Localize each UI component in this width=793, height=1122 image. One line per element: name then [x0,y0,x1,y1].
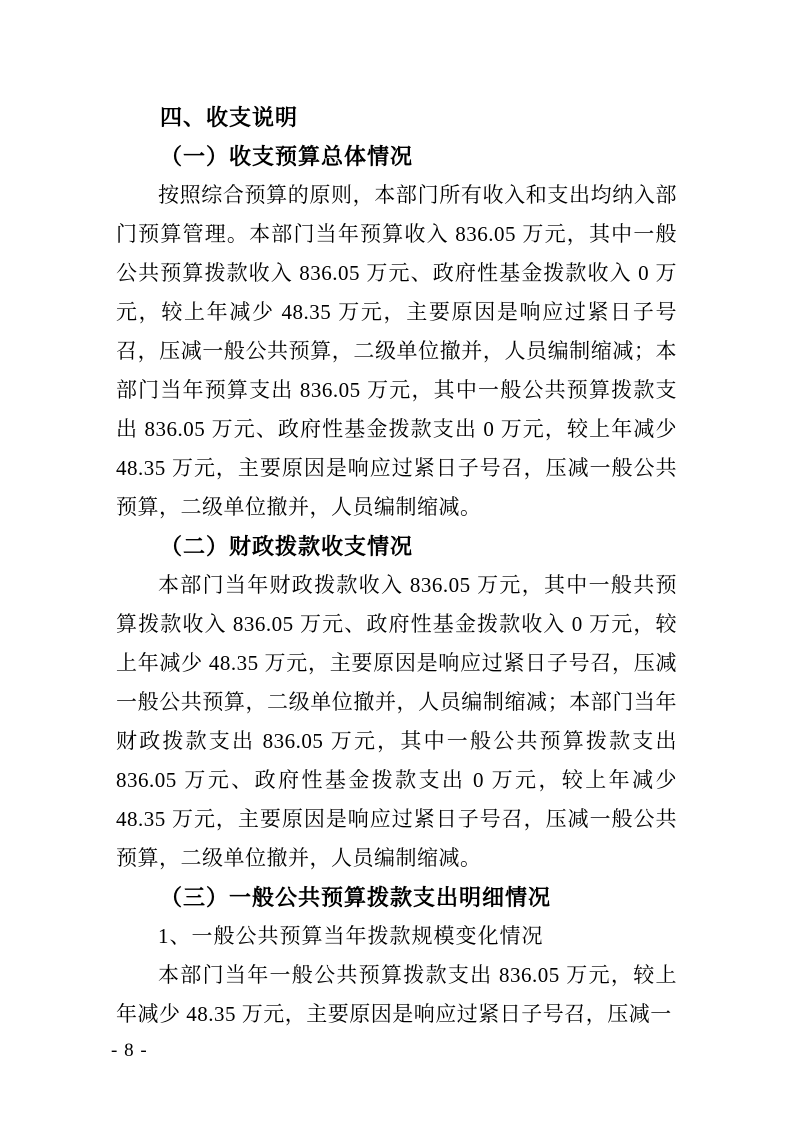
section-3-heading: （三）一般公共预算拨款支出明细情况 [116,878,677,917]
page-number: - 8 - [111,1040,148,1062]
section-1-paragraph: 按照综合预算的原则，本部门所有收入和支出均纳入部门预算管理。本部门当年预算收入 … [116,176,677,527]
main-heading: 四、收支说明 [116,98,677,137]
document-content: 四、收支说明 （一）收支预算总体情况 按照综合预算的原则，本部门所有收入和支出均… [116,98,677,1034]
section-2-paragraph: 本部门当年财政拨款收入 836.05 万元，其中一般共预算拨款收入 836.05… [116,566,677,878]
document-page: 四、收支说明 （一）收支预算总体情况 按照综合预算的原则，本部门所有收入和支出均… [0,0,793,1122]
section-3-subheading: 1、一般公共预算当年拨款规模变化情况 [116,917,677,956]
section-2-heading: （二）财政拨款收支情况 [116,527,677,566]
section-1-heading: （一）收支预算总体情况 [116,137,677,176]
section-3-paragraph: 本部门当年一般公共预算拨款支出 836.05 万元，较上年减少 48.35 万元… [116,956,677,1034]
